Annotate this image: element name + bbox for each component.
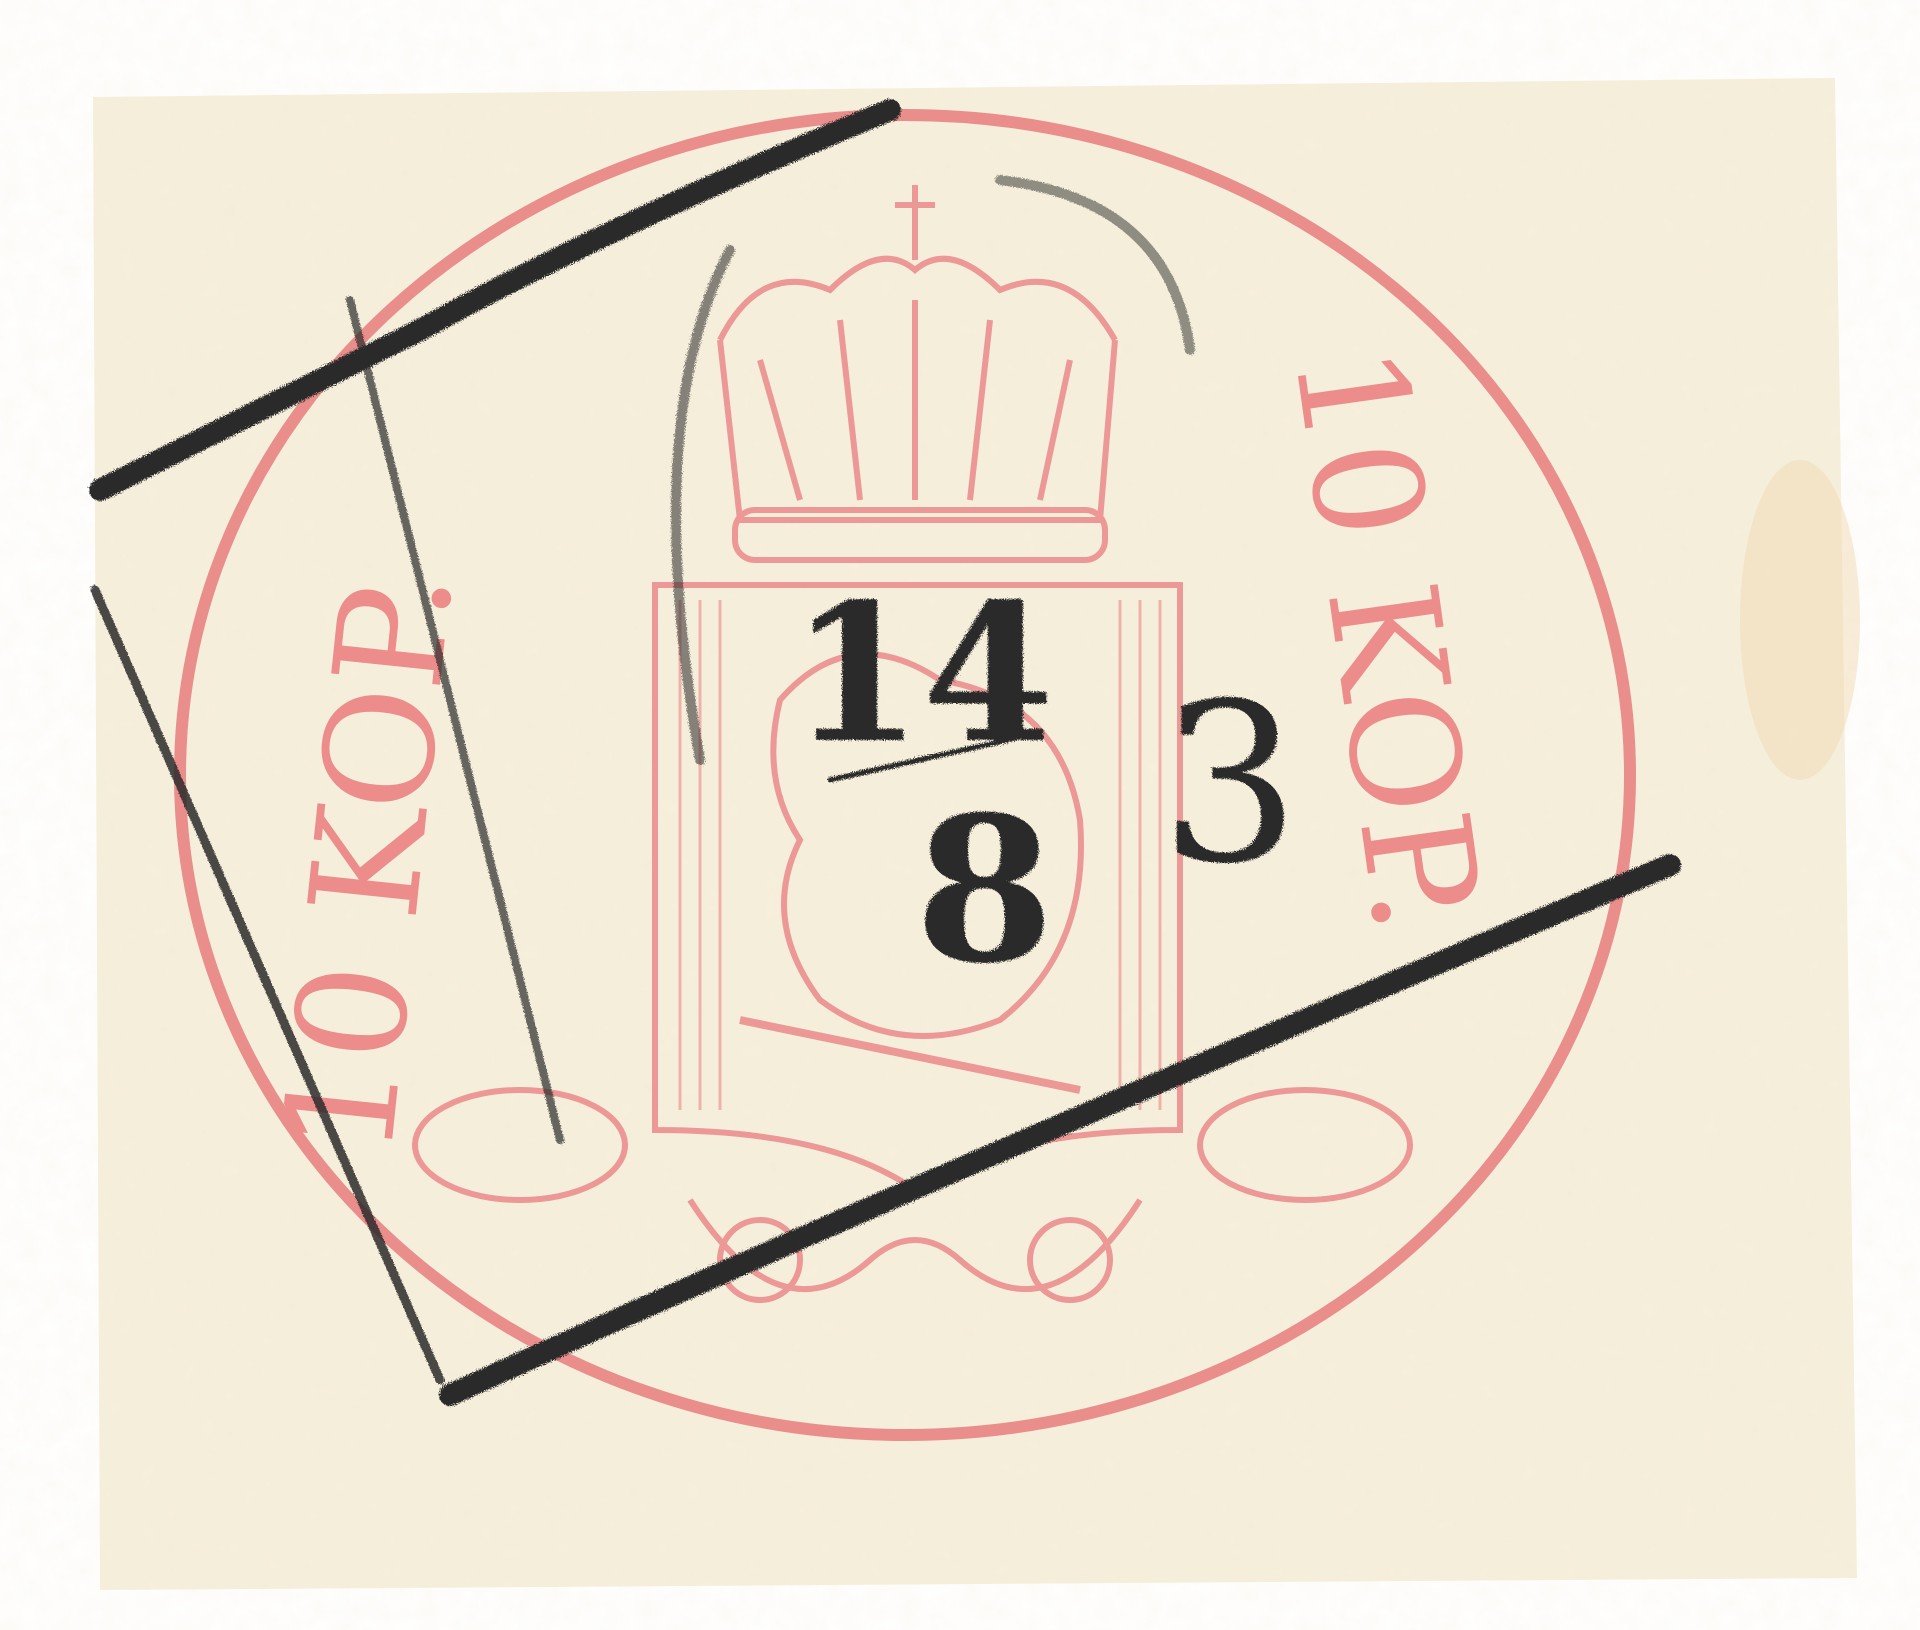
cancel-numeral-2: 8 bbox=[915, 773, 1054, 1008]
cancel-numeral-1: 14 bbox=[790, 562, 1054, 785]
stamp-photo: 10 KOP. 10 KOP. bbox=[0, 0, 1920, 1630]
cancel-numeral-3: 3 bbox=[1160, 656, 1300, 912]
